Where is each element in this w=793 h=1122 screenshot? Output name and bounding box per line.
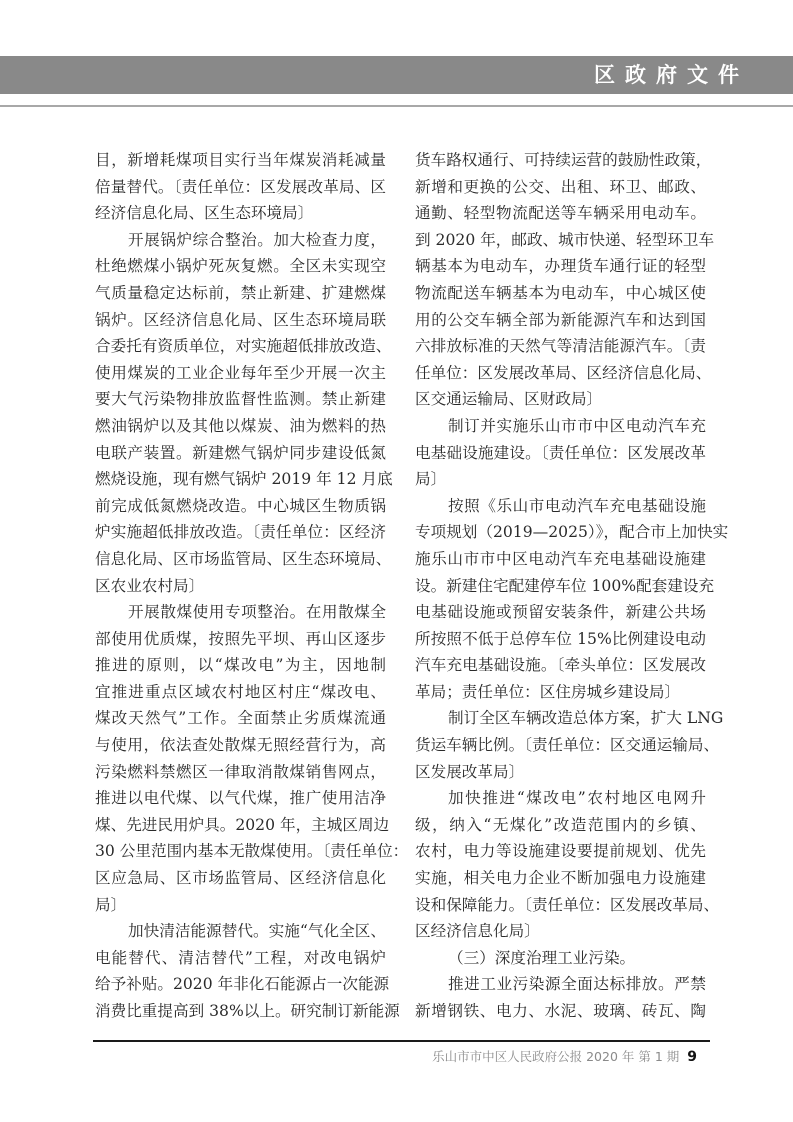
text-line: 到 2020 年，邮政、城市快递、轻型环卫车 xyxy=(415,227,706,254)
text-line: 30 公里范围内基本无散煤使用。〔责任单位： xyxy=(95,838,386,865)
header-divider xyxy=(0,105,793,107)
text-line: 货运车辆比例。〔责任单位：区交通运输局、 xyxy=(415,732,706,759)
text-line: 锅炉。区经济信息化局、区生态环境局联 xyxy=(95,307,386,334)
text-line: 区交通运输局、区财政局〕 xyxy=(415,386,706,413)
text-line: 要大气污染物排放监督性监测。禁止新建 xyxy=(95,386,386,413)
text-line: 用的公交车辆全部为新能源汽车和达到国 xyxy=(415,307,706,334)
text-line: 革局；责任单位：区住房城乡建设局〕 xyxy=(415,679,706,706)
section-header-bar: 区政府文件 xyxy=(0,56,793,94)
text-line: 加快清洁能源替代。实施“气化全区、 xyxy=(95,918,386,945)
text-line: 推进的原则，以“煤改电”为主，因地制 xyxy=(95,652,386,679)
text-line: 倍量替代。〔责任单位：区发展改革局、区 xyxy=(95,174,386,201)
text-line: 电联产装置。新建燃气锅炉同步建设低氮 xyxy=(95,440,386,467)
text-line: 污染燃料禁燃区一律取消散煤销售网点， xyxy=(95,759,386,786)
text-line: 电基础设施或预留安装条件，新建公共场 xyxy=(415,599,706,626)
text-line: 区发展改革局〕 xyxy=(415,759,706,786)
right-text-column: 货车路权通行、可持续运营的鼓励性政策，新增和更换的公交、出租、环卫、邮政、通勤、… xyxy=(415,147,706,1025)
text-line: 给予补贴。2020 年非化石能源占一次能源 xyxy=(95,971,386,998)
text-line: 推进工业污染源全面达标排放。严禁 xyxy=(415,971,706,998)
text-line: 区应急局、区市场监管局、区经济信息化 xyxy=(95,865,386,892)
text-line: 局〕 xyxy=(415,466,706,493)
text-line: 加快推进“煤改电”农村地区电网升 xyxy=(415,785,706,812)
text-line: 合委托有资质单位，对实施超低排放改造、 xyxy=(95,333,386,360)
text-line: 杜绝燃煤小锅炉死灰复燃。全区未实现空 xyxy=(95,253,386,280)
text-line: 宜推进重点区域农村地区村庄“煤改电、 xyxy=(95,679,386,706)
text-line: 目，新增耗煤项目实行当年煤炭消耗减量 xyxy=(95,147,386,174)
text-line: 局〕 xyxy=(95,892,386,919)
text-line: 使用煤炭的工业企业每年至少开展一次主 xyxy=(95,360,386,387)
text-line: 开展散煤使用专项整治。在用散煤全 xyxy=(95,599,386,626)
text-line: 设。新建住宅配建停车位 100%配套建设充 xyxy=(415,573,706,600)
text-line: 级，纳入“无煤化”改造范围内的乡镇、 xyxy=(415,812,706,839)
text-line: 制订全区车辆改造总体方案，扩大 LNG xyxy=(415,705,706,732)
text-line: 任单位：区发展改革局、区经济信息化局、 xyxy=(415,360,706,387)
text-line: 新增钢铁、电力、水泥、玻璃、砖瓦、陶 xyxy=(415,998,706,1025)
text-line: 区农业农村局〕 xyxy=(95,573,386,600)
page-number: 9 xyxy=(687,1049,697,1065)
text-line: 六排放标准的天然气等清洁能源汽车。〔责 xyxy=(415,333,706,360)
text-line: 煤、先进民用炉具。2020 年，主城区周边 xyxy=(95,812,386,839)
text-line: 煤改天然气”工作。全面禁止劣质煤流通 xyxy=(95,705,386,732)
page-footer: 乐山市市中区人民政府公报 2020 年 第 1 期 9 xyxy=(432,1047,697,1067)
text-line: 消费比重提高到 38%以上。研究制订新能源 xyxy=(95,998,386,1025)
text-line: 专项规划（2019—2025）》，配合市上加快实 xyxy=(415,519,706,546)
section-heading: （三）深度治理工业污染。 xyxy=(415,945,706,972)
text-line: 物流配送车辆基本为电动车，中心城区使 xyxy=(415,280,706,307)
text-line: 汽车充电基础设施。〔牵头单位：区发展改 xyxy=(415,652,706,679)
text-line: 气质量稳定达标前，禁止新建、扩建燃煤 xyxy=(95,280,386,307)
text-line: 前完成低氮燃烧改造。中心城区生物质锅 xyxy=(95,493,386,520)
text-line: 燃烧设施，现有燃气锅炉 2019 年 12 月底 xyxy=(95,466,386,493)
left-text-column: 目，新增耗煤项目实行当年煤炭消耗减量倍量替代。〔责任单位：区发展改革局、区经济信… xyxy=(95,147,386,1025)
section-title: 区政府文件 xyxy=(594,56,749,94)
text-line: 电能替代、清洁替代”工程，对改电锅炉 xyxy=(95,945,386,972)
text-line: 制订并实施乐山市市中区电动汽车充 xyxy=(415,413,706,440)
text-line: 设和保障能力。〔责任单位：区发展改革局、 xyxy=(415,892,706,919)
text-line: 农村，电力等设施建设要提前规划、优先 xyxy=(415,838,706,865)
text-line: 信息化局、区市场监管局、区生态环境局、 xyxy=(95,546,386,573)
text-line: 电基础设施建设。〔责任单位：区发展改革 xyxy=(415,440,706,467)
text-line: 按照《乐山市电动汽车充电基础设施 xyxy=(415,493,706,520)
publication-info: 乐山市市中区人民政府公报 2020 年 第 1 期 xyxy=(432,1049,679,1064)
text-line: 实施，相关电力企业不断加强电力设施建 xyxy=(415,865,706,892)
text-line: 货车路权通行、可持续运营的鼓励性政策， xyxy=(415,147,706,174)
footer-divider xyxy=(93,1040,710,1042)
text-line: 新增和更换的公交、出租、环卫、邮政、 xyxy=(415,174,706,201)
text-line: 通勤、轻型物流配送等车辆采用电动车。 xyxy=(415,200,706,227)
text-line: 燃油锅炉以及其他以煤炭、油为燃料的热 xyxy=(95,413,386,440)
text-line: 辆基本为电动车，办理货车通行证的轻型 xyxy=(415,253,706,280)
text-line: 部使用优质煤，按照先平坝、再山区逐步 xyxy=(95,626,386,653)
text-line: 施乐山市市中区电动汽车充电基础设施建 xyxy=(415,546,706,573)
text-line: 区经济信息化局〕 xyxy=(415,918,706,945)
text-line: 炉实施超低排放改造。〔责任单位：区经济 xyxy=(95,519,386,546)
text-line: 推进以电代煤、以气代煤，推广使用洁净 xyxy=(95,785,386,812)
text-line: 经济信息化局、区生态环境局〕 xyxy=(95,200,386,227)
text-line: 开展锅炉综合整治。加大检查力度， xyxy=(95,227,386,254)
text-line: 与使用，依法查处散煤无照经营行为，高 xyxy=(95,732,386,759)
text-line: 所按照不低于总停车位 15%比例建设电动 xyxy=(415,626,706,653)
